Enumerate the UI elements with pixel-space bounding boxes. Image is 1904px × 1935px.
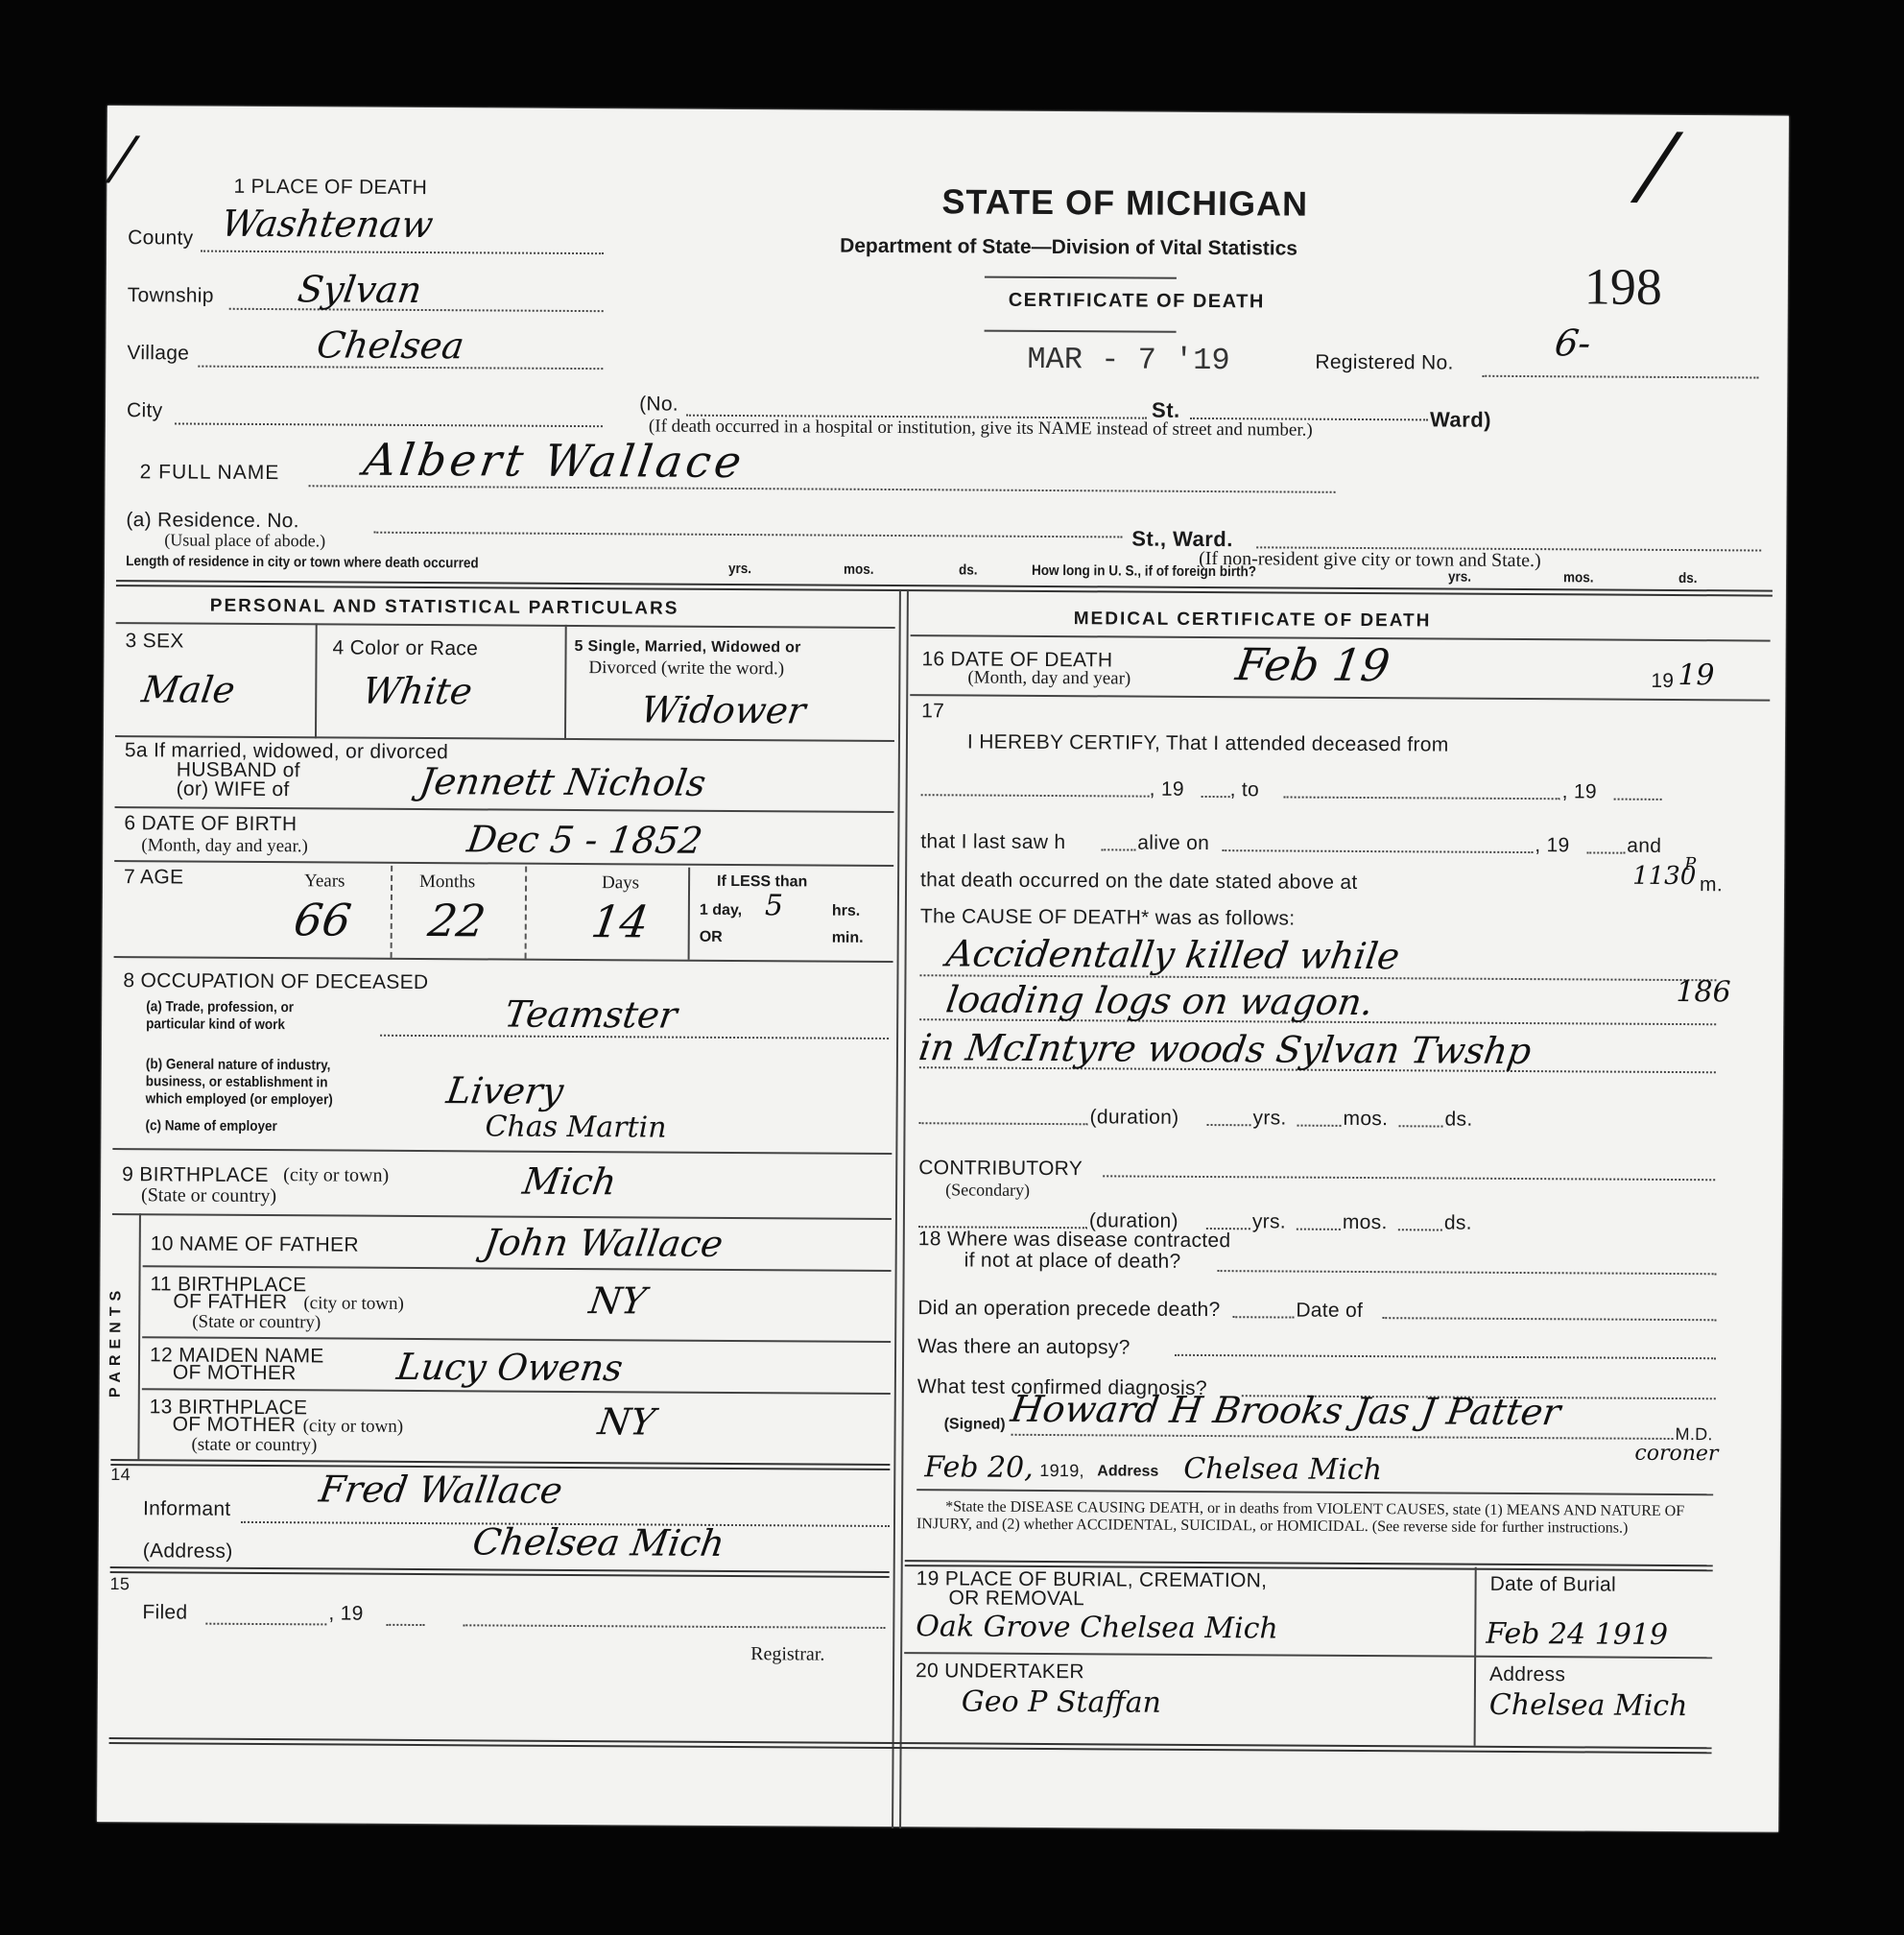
marital-label-1: 5 Single, Married, Widowed or bbox=[575, 638, 801, 657]
or-label: OR bbox=[700, 929, 723, 946]
age-years-label: Years bbox=[304, 871, 345, 892]
employer-value: Chas Martin bbox=[485, 1110, 666, 1144]
to-year-prefix: , 19 bbox=[1562, 780, 1597, 803]
signature-value: Howard H Brooks Jas J Patter bbox=[1008, 1388, 1562, 1433]
village-value: Chelsea bbox=[314, 323, 466, 367]
undertaker-label: 20 UNDERTAKER bbox=[916, 1660, 1084, 1684]
burial-place-value: Oak Grove Chelsea Mich bbox=[916, 1610, 1278, 1645]
signed-date: Feb 20, bbox=[924, 1450, 1034, 1485]
township-label: Township bbox=[128, 284, 214, 308]
certify-text: I HEREBY CERTIFY, That I attended deceas… bbox=[967, 730, 1449, 756]
duration-mos-2: mos. bbox=[1343, 1211, 1388, 1234]
state-title: STATE OF MICHIGAN bbox=[941, 181, 1308, 224]
dob-value: Dec 5 - 1852 bbox=[464, 818, 705, 861]
duration-yrs-2: yrs. bbox=[1252, 1210, 1286, 1233]
birthplace-value: Mich bbox=[520, 1160, 619, 1204]
contributory-sublabel: (Secondary) bbox=[945, 1180, 1030, 1201]
birthplace-sublabel-2: (State or country) bbox=[141, 1184, 276, 1207]
age-months-value: 22 bbox=[425, 895, 488, 946]
us-ds: ds. bbox=[1678, 570, 1698, 586]
trade-value: Teamster bbox=[502, 993, 679, 1037]
trade-label-1: (a) Trade, profession, or bbox=[146, 998, 294, 1015]
birthplace-sublabel-1: (city or town) bbox=[283, 1164, 389, 1187]
us-residence-label: How long in U. S., if of foreign birth? bbox=[1032, 562, 1256, 580]
township-value: Sylvan bbox=[296, 268, 425, 311]
divider bbox=[985, 276, 1177, 279]
footnote: *State the DISEASE CAUSING DEATH, or in … bbox=[916, 1498, 1703, 1538]
employer-label: (c) Name of employer bbox=[145, 1117, 276, 1135]
father-name-value: John Wallace bbox=[482, 1221, 726, 1264]
cause-label: The CAUSE OF DEATH* was as follows: bbox=[920, 905, 1296, 930]
signed-address-label: Address bbox=[1097, 1463, 1158, 1480]
min-label: min. bbox=[832, 930, 864, 947]
trade-label-2: particular kind of work bbox=[146, 1015, 285, 1033]
department-subtitle: Department of State—Division of Vital St… bbox=[840, 235, 1297, 261]
margin-check-mark: / bbox=[108, 125, 137, 192]
burial-date-label: Date of Burial bbox=[1490, 1573, 1617, 1597]
mother-birthplace-value: NY bbox=[595, 1400, 657, 1443]
occurred-label: that death occurred on the date stated a… bbox=[920, 869, 1358, 895]
father-birthplace-label-2: OF FATHER bbox=[173, 1290, 287, 1314]
autopsy-label: Was there an autopsy? bbox=[917, 1335, 1130, 1359]
us-mos: mos. bbox=[1563, 569, 1594, 585]
contributory-label: CONTRIBUTORY bbox=[918, 1157, 1083, 1181]
residence-sublabel: (Usual place of abode.) bbox=[164, 530, 325, 551]
father-name-label: 10 NAME OF FATHER bbox=[151, 1232, 359, 1256]
margin-note: 186 bbox=[1676, 975, 1730, 1009]
race-label: 4 Color or Race bbox=[332, 636, 478, 660]
occupation-label: 8 OCCUPATION OF DECEASED bbox=[123, 969, 428, 994]
signed-label: (Signed) bbox=[944, 1416, 1006, 1433]
dod-sublabel: (Month, day and year) bbox=[967, 667, 1130, 689]
us-yrs: yrs. bbox=[1448, 569, 1471, 585]
full-name-label: 2 FULL NAME bbox=[140, 461, 280, 485]
full-name-value: Albert Wallace bbox=[361, 434, 749, 488]
informant-number: 14 bbox=[110, 1465, 131, 1485]
less-than-label: If LESS than bbox=[717, 873, 807, 892]
dob-sublabel: (Month, day and year.) bbox=[141, 835, 308, 857]
residence-ds: ds. bbox=[959, 561, 978, 578]
last-saw-label: that I last saw h bbox=[920, 830, 1065, 854]
city-label: City bbox=[127, 399, 163, 422]
duration-ds: ds. bbox=[1444, 1109, 1472, 1132]
m-label: m. bbox=[1700, 873, 1723, 896]
spouse-value: Jennett Nichols bbox=[416, 760, 708, 804]
check-mark: / bbox=[1635, 115, 1679, 216]
industry-label-1: (b) General nature of industry, bbox=[146, 1056, 331, 1073]
received-stamp: MAR - 7 '19 bbox=[1027, 342, 1229, 378]
informant-label: Informant bbox=[143, 1497, 231, 1521]
residence-mos: mos. bbox=[844, 561, 874, 578]
contracted-label-2: if not at place of death? bbox=[964, 1249, 1181, 1273]
certificate-title: CERTIFICATE OF DEATH bbox=[1009, 290, 1265, 314]
street-no-label: (No. bbox=[639, 393, 678, 416]
undertaker-value: Geo P Staffan bbox=[962, 1684, 1161, 1719]
duration-yrs: yrs. bbox=[1253, 1107, 1287, 1130]
and-label: and bbox=[1627, 835, 1661, 858]
residence-label: (a) Residence. No. bbox=[126, 509, 299, 533]
cause-line-1: Accidentally killed while bbox=[943, 932, 1402, 977]
dod-value: Feb 19 bbox=[1233, 638, 1393, 691]
sex-value: Male bbox=[139, 668, 238, 711]
hrs-value: 5 bbox=[765, 889, 783, 922]
signed-year: 1919, bbox=[1039, 1461, 1084, 1481]
file-number: 198 bbox=[1584, 256, 1662, 316]
informant-value: Fred Wallace bbox=[317, 1468, 565, 1512]
dod-year-prefix: 19 bbox=[1651, 670, 1674, 693]
burial-place-label-2: OR REMOVAL bbox=[948, 1587, 1084, 1611]
age-label: 7 AGE bbox=[124, 866, 183, 889]
registered-no-value: 6- bbox=[1552, 322, 1593, 364]
county-value: Washtenaw bbox=[219, 203, 436, 246]
registered-no-label: Registered No. bbox=[1315, 351, 1453, 375]
length-of-residence-label: Length of residence in city or town wher… bbox=[126, 553, 479, 571]
undertaker-address-value: Chelsea Mich bbox=[1489, 1688, 1688, 1723]
industry-label-3: which employed (or employer) bbox=[146, 1090, 333, 1108]
from-year-prefix: , 19 bbox=[1150, 778, 1184, 801]
marital-value: Widower bbox=[638, 688, 808, 731]
age-days-label: Days bbox=[602, 872, 639, 894]
burial-date-value: Feb 24 1919 bbox=[1486, 1617, 1668, 1652]
filed-label: Filed bbox=[142, 1601, 187, 1624]
duration-label: (duration) bbox=[1090, 1106, 1179, 1130]
to-label: , to bbox=[1230, 778, 1260, 801]
undertaker-address-label: Address bbox=[1489, 1663, 1565, 1686]
mother-birthplace-sublabel-2: (state or country) bbox=[191, 1435, 317, 1457]
operation-label: Did an operation precede death? bbox=[917, 1297, 1220, 1322]
industry-value: Livery bbox=[444, 1069, 566, 1112]
informant-address-label: (Address) bbox=[143, 1540, 233, 1564]
date-of-label: Date of bbox=[1296, 1300, 1363, 1323]
filed-year-prefix: , 19 bbox=[328, 1602, 363, 1625]
industry-label-2: business, or establishment in bbox=[146, 1073, 328, 1090]
dob-label: 6 DATE OF BIRTH bbox=[124, 812, 297, 836]
age-days-value: 14 bbox=[588, 896, 652, 947]
duration-ds-2: ds. bbox=[1444, 1212, 1472, 1235]
spouse-label-3: (or) WIFE of bbox=[177, 777, 290, 801]
county-label: County bbox=[128, 227, 193, 250]
divider bbox=[985, 330, 1177, 333]
marital-label-2: Divorced (write the word.) bbox=[588, 657, 784, 680]
race-value: White bbox=[360, 670, 475, 713]
ward-label: Ward) bbox=[1430, 407, 1491, 432]
death-certificate: / 1 PLACE OF DEATH STATE OF MICHIGAN Dep… bbox=[97, 106, 1789, 1832]
personal-section-heading: PERSONAL AND STATISTICAL PARTICULARS bbox=[210, 596, 679, 620]
mother-name-value: Lucy Owens bbox=[394, 1346, 626, 1389]
time-meridiem: P bbox=[1684, 854, 1696, 874]
residence-yrs: yrs. bbox=[728, 561, 751, 577]
sex-label: 3 SEX bbox=[126, 630, 184, 653]
cause-line-2: loading logs on wagon. bbox=[943, 978, 1376, 1023]
coroner-value: coroner bbox=[1634, 1442, 1718, 1467]
registrar-label: Registrar. bbox=[750, 1643, 824, 1665]
hrs-label: hrs. bbox=[832, 903, 860, 920]
duration-mos: mos. bbox=[1344, 1108, 1389, 1131]
medical-section-heading: MEDICAL CERTIFICATE OF DEATH bbox=[1074, 609, 1432, 632]
alive-on-label: alive on bbox=[1137, 832, 1209, 855]
mother-birthplace-label-2: OF MOTHER bbox=[173, 1413, 297, 1437]
place-of-death-heading: 1 PLACE OF DEATH bbox=[233, 176, 427, 200]
mother-birthplace-sublabel-1: (city or town) bbox=[303, 1416, 404, 1438]
informant-address-value: Chelsea Mich bbox=[470, 1520, 727, 1565]
dod-year-value: 19 bbox=[1678, 658, 1714, 692]
certify-number: 17 bbox=[921, 700, 944, 723]
parents-side-label: PARENTS bbox=[107, 1285, 126, 1397]
age-months-label: Months bbox=[419, 872, 475, 893]
last-saw-year-prefix: , 19 bbox=[1535, 834, 1569, 857]
father-birthplace-value: NY bbox=[586, 1279, 649, 1322]
father-birthplace-sublabel-2: (State or country) bbox=[192, 1312, 321, 1334]
age-years-value: 66 bbox=[291, 894, 354, 945]
signed-address-value: Chelsea Mich bbox=[1183, 1452, 1382, 1487]
village-label: Village bbox=[127, 342, 189, 365]
cause-line-3: in McIntyre woods Sylvan Twshp bbox=[916, 1026, 1535, 1072]
mother-name-label-2: OF MOTHER bbox=[173, 1361, 297, 1385]
day-label: 1 day, bbox=[700, 902, 742, 920]
filed-number: 15 bbox=[110, 1574, 131, 1594]
